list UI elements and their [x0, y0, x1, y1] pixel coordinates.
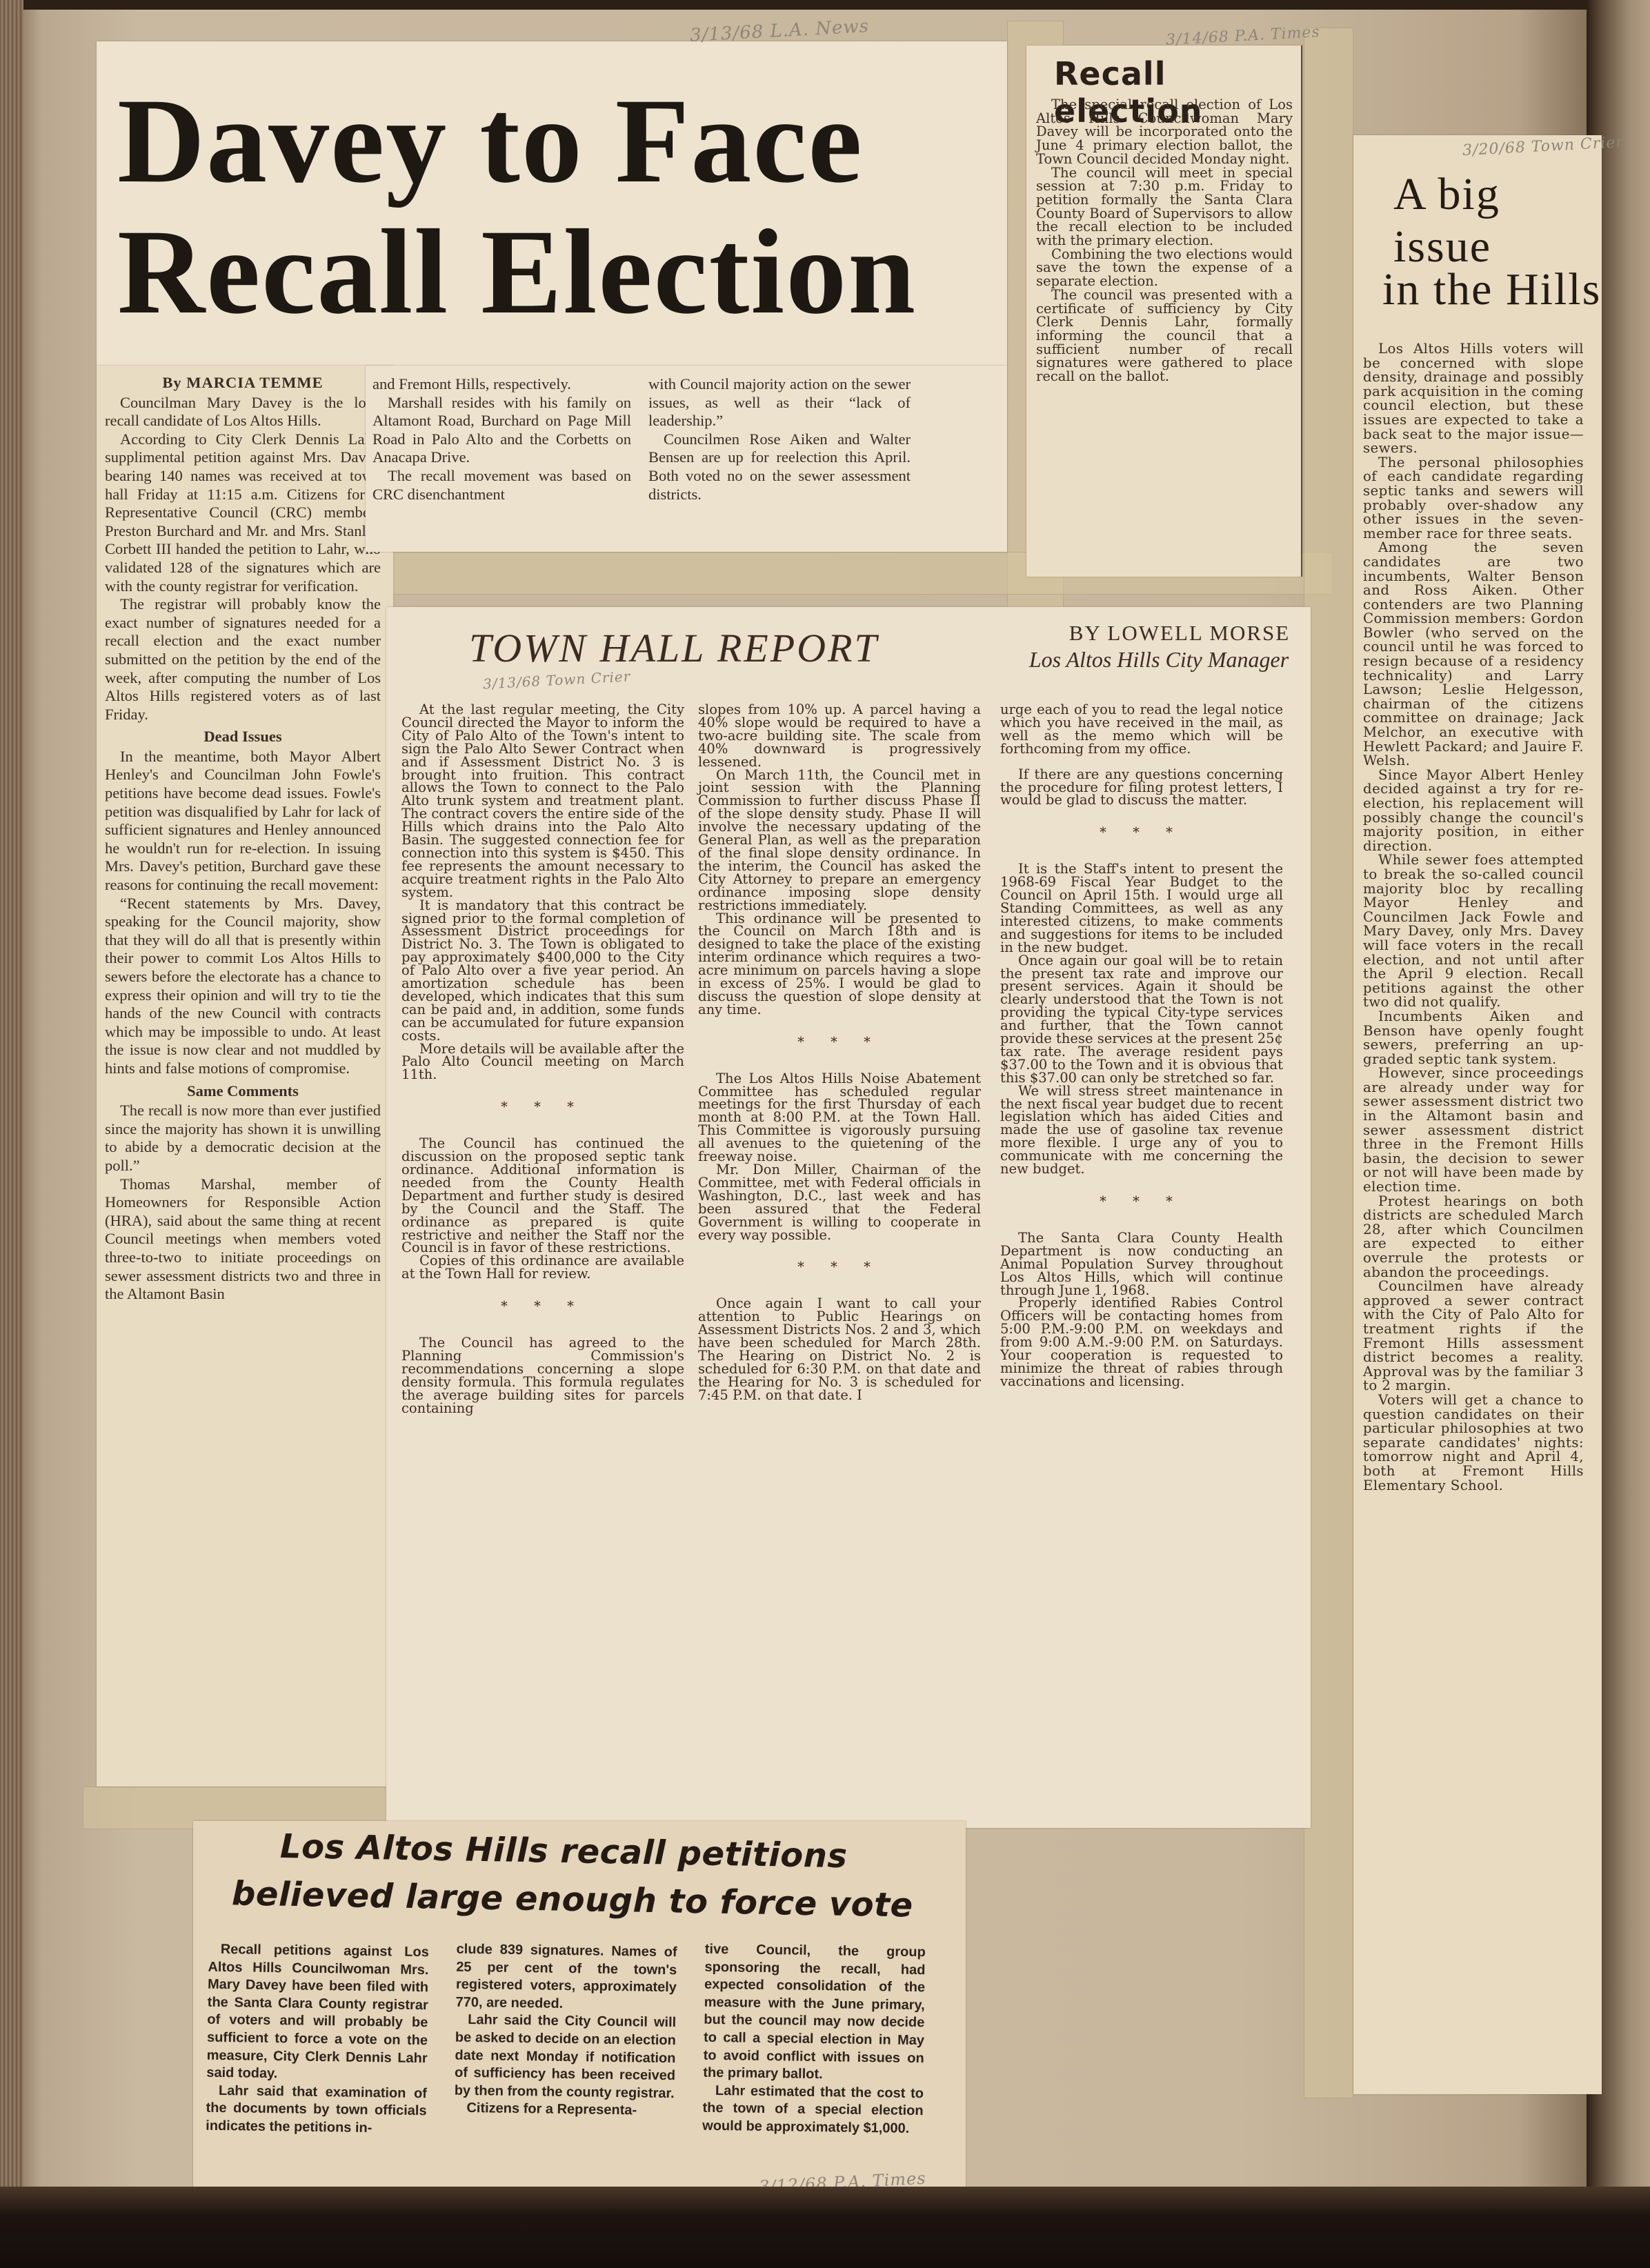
headline-line-1: Davey to Face — [117, 76, 1014, 207]
subheading: Same Comments — [105, 1082, 381, 1101]
paragraph: Lahr said that examination of the docume… — [206, 2082, 427, 2138]
paragraph: According to City Clerk Dennis Lahr, sup… — [105, 430, 381, 595]
clipping-body: The special recall election of Los Altos… — [1036, 98, 1293, 384]
davey-article-continuation: and Fremont Hills, respectively. Marshal… — [366, 366, 1007, 552]
paragraph: On March 11th, the Council met in joint … — [698, 769, 981, 913]
report-column-3: urge each of you to read the legal notic… — [1000, 704, 1283, 1389]
paragraph: The Council has agreed to the Planning C… — [401, 1337, 684, 1415]
paragraph: At the last regular meeting, the City Co… — [401, 704, 684, 899]
bottom-shadow — [0, 2187, 1650, 2268]
paragraph: Voters will get a chance to question can… — [1363, 1393, 1584, 1493]
paragraph: Thomas Marshal, member of Homeowners for… — [105, 1175, 381, 1304]
paragraph: It is mandatory that this contract be si… — [401, 899, 684, 1043]
clipping-title: TOWN HALL REPORT — [469, 625, 879, 671]
clipping-title-line-2: in the Hills — [1382, 263, 1601, 316]
town-hall-report-clipping: TOWN HALL REPORT BY LOWELL MORSE Los Alt… — [386, 607, 1311, 1828]
paragraph: Copies of this ordinance are available a… — [401, 1255, 684, 1281]
paragraph: Los Altos Hills voters will be concerned… — [1363, 342, 1584, 456]
section-divider: * * * — [698, 1036, 981, 1049]
report-column-1: At the last regular meeting, the City Co… — [401, 704, 684, 1415]
section-divider: * * * — [1000, 1195, 1283, 1208]
paragraph: In the meantime, both Mayor Albert Henle… — [105, 748, 381, 895]
paragraph: The council was presented with a certifi… — [1036, 288, 1293, 384]
paragraph: If there are any questions concerning th… — [1000, 768, 1283, 808]
paragraph: with Council majority action on the sewe… — [648, 375, 911, 430]
paragraph: The personal philosophies of each candid… — [1363, 456, 1584, 541]
paragraph: Among the seven candidates are two incum… — [1363, 541, 1584, 768]
paragraph: While sewer foes attempted to break the … — [1363, 853, 1584, 1010]
scrapbook-page: Davey to Face Recall Election 3/13/68 L.… — [0, 0, 1650, 2268]
section-divider: * * * — [1000, 826, 1283, 839]
paragraph: Marshall resides with his family on Alta… — [372, 394, 631, 467]
article-column: clude 839 signatures. Names of 25 per ce… — [454, 1941, 677, 2120]
headline-line-2: believed large enough to force vote — [232, 1874, 914, 1924]
paragraph: Councilmen have already approved a sewer… — [1363, 1280, 1584, 1393]
paragraph: The recall is now more than ever justifi… — [105, 1102, 381, 1175]
section-divider: * * * — [698, 1261, 981, 1274]
byline: BY LOWELL MORSE — [1055, 621, 1304, 646]
paragraph: Councilman Mary Davey is the lone recall… — [105, 394, 381, 430]
paragraph: Recall petitions against Los Altos Hills… — [206, 1941, 429, 2085]
recall-election-clipping: Recall election The special recall elect… — [1026, 46, 1302, 577]
top-shadow — [0, 0, 1650, 10]
paragraph: Combining the two elections would save t… — [1036, 248, 1293, 288]
article-column: Recall petitions against Los Altos Hills… — [206, 1941, 429, 2138]
clipping-title-line-1: A big issue — [1393, 168, 1602, 273]
paragraph: However, since proceedings are already u… — [1363, 1066, 1584, 1194]
paragraph: The registrar will probably know the exa… — [105, 595, 381, 724]
article-column: and Fremont Hills, respectively. Marshal… — [372, 375, 631, 504]
paragraph: Lahr said the City Council will be asked… — [455, 2011, 677, 2102]
article-column: with Council majority action on the sewe… — [648, 375, 911, 504]
paragraph: slopes from 10% up. A parcel having a 40… — [698, 704, 981, 769]
paragraph: More details will be available after the… — [401, 1043, 684, 1082]
paragraph: Protest hearings on both districts are s… — [1363, 1195, 1584, 1280]
paragraph: This ordinance will be presented to the … — [698, 913, 981, 1017]
article-column: By MARCIA TEMME Councilman Mary Davey is… — [105, 374, 381, 1304]
recall-petitions-clipping: Los Altos Hills recall petitions believe… — [193, 1821, 966, 2207]
paragraph: and Fremont Hills, respectively. — [372, 375, 631, 394]
paragraph: Once again our goal will be to retain th… — [1000, 955, 1283, 1085]
headline-line-1: Los Altos Hills recall petitions — [280, 1827, 848, 1876]
davey-article-left-column: By MARCIA TEMME Councilman Mary Davey is… — [97, 366, 393, 1787]
article-column: tive Council, the group sponsoring the r… — [702, 1941, 926, 2138]
paragraph: It is the Staff's intent to present the … — [1000, 863, 1283, 954]
clipping-body: Los Altos Hills voters will be concerned… — [1363, 342, 1584, 1493]
paragraph: Once again I want to call your attention… — [698, 1297, 981, 1402]
paragraph: “Recent statements by Mrs. Davey, speaki… — [105, 895, 381, 1078]
paragraph: urge each of you to read the legal notic… — [1000, 704, 1283, 756]
paragraph: clude 839 signatures. Names of 25 per ce… — [455, 1941, 677, 2015]
subheading: Dead Issues — [105, 728, 381, 746]
paragraph: Lahr estimated that the cost to the town… — [702, 2082, 924, 2138]
paragraph: Incumbents Aiken and Benson have openly … — [1363, 1010, 1584, 1066]
big-issue-clipping: A big issue in the Hills Los Altos Hills… — [1353, 135, 1602, 2094]
article-headline: Davey to Face Recall Election — [117, 76, 1014, 338]
paragraph: The Los Altos Hills Noise Abatement Comm… — [698, 1073, 981, 1164]
paragraph: The Santa Clara County Health Department… — [1000, 1232, 1283, 1297]
paragraph: Councilmen Rose Aiken and Walter Bensen … — [648, 430, 911, 504]
paragraph: Since Mayor Albert Henley decided agains… — [1363, 768, 1584, 854]
paragraph: tive Council, the group sponsoring the r… — [703, 1941, 926, 2085]
davey-recall-article-header: Davey to Face Recall Election — [97, 41, 1007, 366]
byline: By MARCIA TEMME — [105, 374, 381, 392]
paragraph: We will stress street maintenance in the… — [1000, 1085, 1283, 1176]
paragraph: The council will meet in special session… — [1036, 166, 1293, 248]
section-divider: * * * — [401, 1300, 684, 1313]
paragraph: The Council has continued the discussion… — [401, 1137, 684, 1255]
tape-strip — [1304, 28, 1353, 2098]
author-role: Los Altos Hills City Manager — [1007, 647, 1311, 673]
book-page-edges — [0, 0, 23, 2268]
paragraph: The special recall election of Los Altos… — [1036, 98, 1293, 166]
headline-line-2: Recall Election — [117, 207, 1014, 338]
paragraph: Mr. Don Miller, Chairman of the Committe… — [698, 1164, 981, 1242]
paragraph: The recall movement was based on CRC dis… — [372, 467, 631, 504]
section-divider: * * * — [401, 1101, 684, 1114]
paragraph: Citizens for a Representa- — [454, 2100, 675, 2120]
paragraph: Properly identified Rabies Control Offic… — [1000, 1297, 1283, 1388]
report-column-2: slopes from 10% up. A parcel having a 40… — [698, 704, 981, 1402]
handwritten-date-note: 3/13/68 Town Crier — [483, 668, 631, 692]
